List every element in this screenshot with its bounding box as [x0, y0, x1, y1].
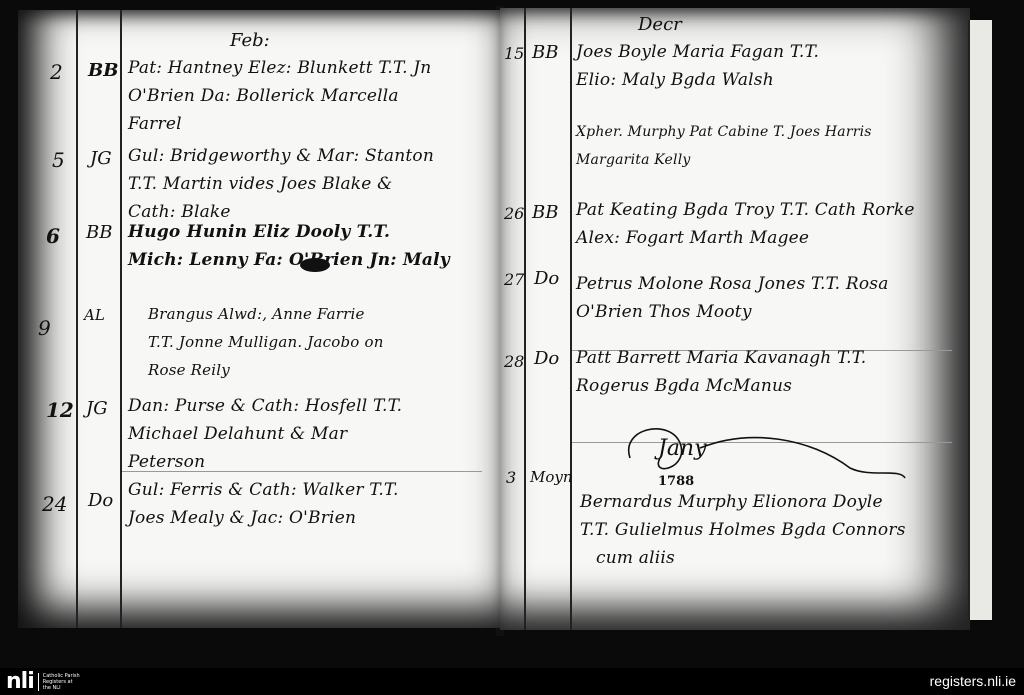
entry-day: 15: [504, 44, 524, 63]
column-rule-day: [76, 10, 78, 628]
entry-day: 2: [50, 60, 63, 84]
entry-day: 9: [38, 316, 51, 340]
entry-initials: Do: [534, 268, 559, 289]
footer-bar: nli Catholic Parish Registers at the NLI…: [0, 668, 1024, 695]
register-entry: Gul: Bridgeworthy & Mar: Stanton T.T. Ma…: [128, 142, 434, 226]
page-edge: [968, 20, 992, 620]
entry-initials: Moyn: [530, 468, 573, 486]
entry-initials: Do: [88, 490, 113, 511]
register-entry: Brangus Alwd:, Anne Farrie T.T. Jonne Mu…: [148, 300, 384, 384]
entry-day: 5: [52, 148, 65, 172]
register-entry: Patt Barrett Maria Kavanagh T.T. Rogerus…: [576, 344, 866, 400]
calligraphic-flourish: [610, 418, 910, 498]
entry-initials: BB: [88, 60, 118, 81]
register-entry: Petrus Molone Rosa Jones T.T. Rosa O'Bri…: [576, 270, 889, 326]
right-page: Decr 15 BB Joes Boyle Maria Fagan T.T. E…: [500, 8, 970, 630]
column-rule-day: [524, 8, 526, 630]
nli-logo[interactable]: nli Catholic Parish Registers at the NLI: [6, 671, 83, 693]
entry-initials: BB: [532, 42, 558, 63]
register-entry: Bernardus Murphy Elionora Doyle T.T. Gul…: [580, 488, 906, 572]
register-entry: Joes Boyle Maria Fagan T.T. Elio: Maly B…: [576, 38, 819, 94]
nli-logo-mark: nli: [6, 671, 34, 693]
entry-initials: BB: [86, 222, 112, 243]
entry-initials: Do: [534, 348, 559, 369]
logo-divider: [38, 673, 39, 691]
entry-initials: AL: [84, 306, 105, 324]
entry-initials: JG: [90, 148, 112, 169]
site-link[interactable]: registers.nli.ie: [930, 673, 1016, 689]
year-heading: 1788: [658, 474, 694, 489]
column-rule-initials: [570, 8, 572, 630]
entry-day: 3: [506, 468, 516, 487]
new-month-heading: Jany: [658, 436, 707, 461]
register-entry: Xpher. Murphy Pat Cabine T. Joes Harris …: [576, 118, 872, 174]
entry-day: 24: [42, 492, 67, 516]
ink-blot: [300, 258, 330, 272]
register-entry: Pat: Hantney Elez: Blunkett T.T. Jn O'Br…: [128, 54, 431, 138]
register-entry: Pat Keating Bgda Troy T.T. Cath Rorke Al…: [576, 196, 915, 252]
register-entry: Gul: Ferris & Cath: Walker T.T. Joes Mea…: [128, 476, 399, 532]
entry-day: 27: [504, 270, 524, 289]
entry-day: 12: [46, 398, 74, 422]
register-entry: Dan: Purse & Cath: Hosfell T.T. Michael …: [128, 392, 402, 476]
entry-day: 26: [504, 204, 524, 223]
entry-initials: JG: [86, 398, 108, 419]
column-rule-initials: [120, 10, 122, 628]
logo-caption: Catholic Parish Registers at the NLI: [43, 673, 83, 691]
entry-day: 28: [504, 352, 524, 371]
register-image-viewer[interactable]: Feb: 2 BB Pat: Hantney Elez: Blunkett T.…: [0, 0, 1024, 668]
left-page: Feb: 2 BB Pat: Hantney Elez: Blunkett T.…: [18, 10, 500, 628]
register-entry: Hugo Hunin Eliz Dooly T.T. Mich: Lenny F…: [128, 218, 450, 274]
entry-day: 6: [46, 224, 60, 248]
month-heading: Feb:: [230, 30, 270, 51]
entry-initials: BB: [532, 202, 558, 223]
month-heading: Decr: [638, 14, 682, 35]
